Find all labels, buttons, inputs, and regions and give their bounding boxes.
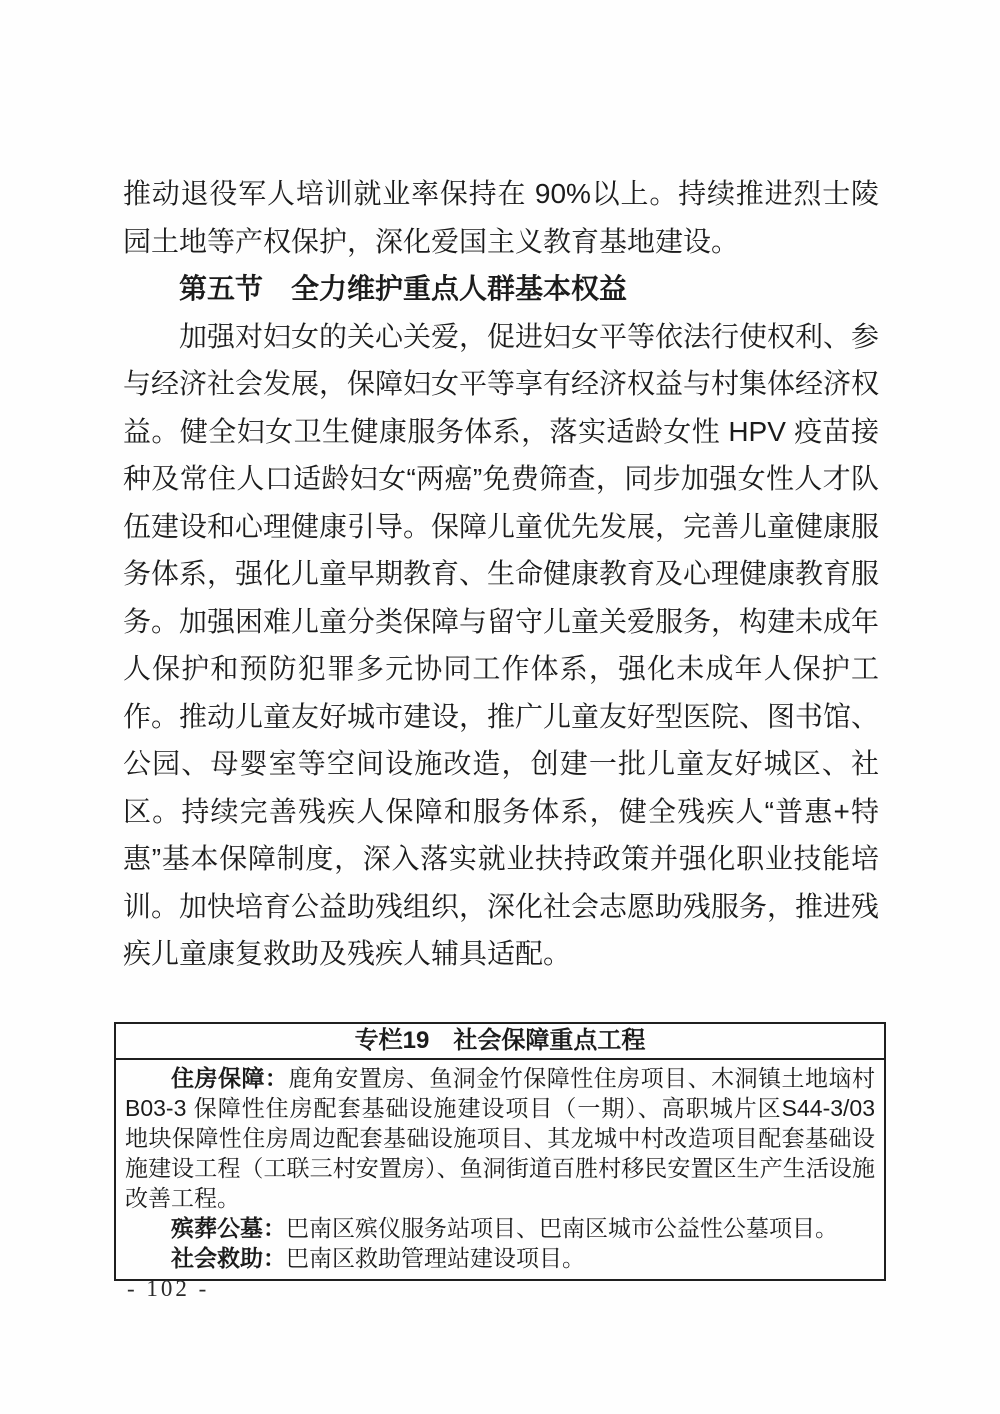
document-page: 推动退役军人培训就业率保持在 90%以上。持续推进烈士陵园土地等产权保护，深化爱… [0,0,1000,1414]
paragraph-continued-from-previous-page: 推动退役军人培训就业率保持在 90%以上。持续推进烈士陵园土地等产权保护，深化爱… [123,170,879,265]
box-item-funeral-text: 巴南区殡仪服务站项目、巴南区城市公益性公墓项目。 [286,1215,838,1241]
box-item-housing: 住房保障：鹿角安置房、鱼洞金竹保障性住房项目、木洞镇土地垴村B03-3 保障性住… [125,1063,875,1213]
section-heading: 第五节 全力维护重点人群基本权益 [123,265,879,313]
box-item-housing-label: 住房保障： [171,1065,288,1091]
feature-box-body: 住房保障：鹿角安置房、鱼洞金竹保障性住房项目、木洞镇土地垴村B03-3 保障性住… [116,1060,884,1279]
feature-box-column-19: 专栏19 社会保障重点工程 住房保障：鹿角安置房、鱼洞金竹保障性住房项目、木洞镇… [114,1022,886,1281]
box-item-social-aid-label: 社会救助： [171,1245,286,1271]
body-paragraph: 加强对妇女的关心关爱，促进妇女平等依法行使权利、参与经济社会发展，保障妇女平等享… [123,313,879,978]
box-item-funeral-label: 殡葬公墓： [171,1215,286,1241]
feature-box-title: 专栏19 社会保障重点工程 [116,1024,884,1060]
box-item-social-aid: 社会救助：巴南区救助管理站建设项目。 [125,1243,875,1273]
box-item-funeral: 殡葬公墓：巴南区殡仪服务站项目、巴南区城市公益性公墓项目。 [125,1213,875,1243]
page-number: - 102 - [127,1276,209,1302]
main-text-column: 推动退役军人培训就业率保持在 90%以上。持续推进烈士陵园土地等产权保护，深化爱… [123,170,879,978]
box-item-social-aid-text: 巴南区救助管理站建设项目。 [286,1245,585,1271]
